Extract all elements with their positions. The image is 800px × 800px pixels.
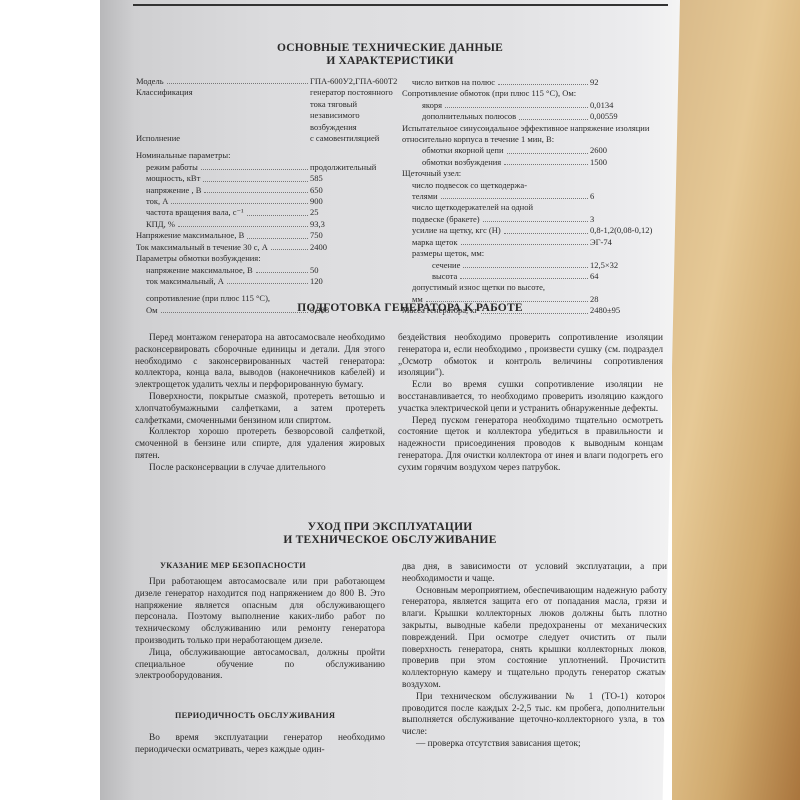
spec-group-header: Номинальные параметры:: [136, 150, 398, 161]
section-title-preparation: ПОДГОТОВКА ГЕНЕРАТОРА К РАБОТЕ: [220, 302, 600, 315]
spec-row: обмотки возбуждения1500: [402, 157, 682, 168]
spec-row: Ток максимальный в течение 30 с, А2400: [136, 242, 398, 253]
spec-row: Классификациягенератор постоянного тока …: [136, 87, 398, 133]
spec-row: якоря0,0134: [402, 100, 682, 111]
spec-row: частота вращения вала, с⁻¹25: [136, 207, 398, 218]
spec-row: напряжение максимальное, В50: [136, 265, 398, 276]
spec-row: режим работыпродолжительный: [136, 162, 398, 173]
spec-row: МодельГПА-600У2,ГПА-600Т2: [136, 76, 398, 87]
spec-row: усилие на щетку, кгс (Н)0,8-1,2(0,08-0,1…: [402, 225, 682, 236]
spec-row: ток максимальный, А120: [136, 276, 398, 287]
preparation-column-right: бездействия необходимо проверить сопроти…: [398, 333, 663, 475]
spec-group-header: Испытательное синусоидальное эффективное…: [402, 123, 682, 146]
spec-row: обмотки якорной цепи2600: [402, 145, 682, 156]
spec-table-left: МодельГПА-600У2,ГПА-600Т2 Классификацияг…: [136, 76, 398, 316]
spec-row: телями6: [402, 191, 682, 202]
spec-row: мощность, кВт585: [136, 173, 398, 184]
maintenance-column-right: два дня, в зависимости от условий эксплу…: [402, 562, 667, 751]
spec-row: марка щетокЭГ-74: [402, 237, 682, 248]
spec-row: дополнительных полюсов0,00559: [402, 111, 682, 122]
spec-group-header: Сопротивление обмоток (при плюс 115 °С),…: [402, 88, 682, 99]
spec-row: напряжение , В650: [136, 185, 398, 196]
safety-text: При работающем автосамосвале или при раб…: [135, 577, 385, 683]
top-rule: [133, 4, 668, 6]
subheading-safety: УКАЗАНИЕ МЕР БЕЗОПАСНОСТИ: [160, 561, 306, 570]
spec-row: высота64: [402, 271, 682, 282]
section-title-specs: ОСНОВНЫЕ ТЕХНИЧЕСКИЕ ДАННЫЕ И ХАРАКТЕРИС…: [220, 42, 560, 68]
section-title-maintenance: УХОД ПРИ ЭКСПЛУАТАЦИИ И ТЕХНИЧЕСКОЕ ОБСЛ…: [220, 521, 560, 547]
spec-row: КПД, %93,3: [136, 219, 398, 230]
preparation-column-left: Перед монтажом генератора на автосамосва…: [135, 333, 385, 475]
spec-group-header: Щеточный узел:: [402, 168, 682, 179]
wooden-table-background: [672, 0, 800, 800]
spec-row: подвеске (бракете)3: [402, 214, 682, 225]
spec-row: число витков на полюс92: [402, 77, 682, 88]
spec-group-header: Параметры обмотки возбуждения:: [136, 253, 398, 264]
subheading-periodicity: ПЕРИОДИЧНОСТЬ ОБСЛУЖИВАНИЯ: [175, 711, 335, 720]
spec-row: Напряжение максимальное, В750: [136, 230, 398, 241]
periodicity-text: Во время эксплуатации генератор необходи…: [135, 733, 385, 757]
spec-row: Исполнениес самовентиляцией: [136, 133, 398, 144]
spec-table-right: число витков на полюс92 Сопротивление об…: [402, 77, 682, 317]
document-page: ОСНОВНЫЕ ТЕХНИЧЕСКИЕ ДАННЫЕ И ХАРАКТЕРИС…: [100, 0, 680, 800]
spec-row: сечение12,5×32: [402, 260, 682, 271]
spec-row: ток, А900: [136, 196, 398, 207]
